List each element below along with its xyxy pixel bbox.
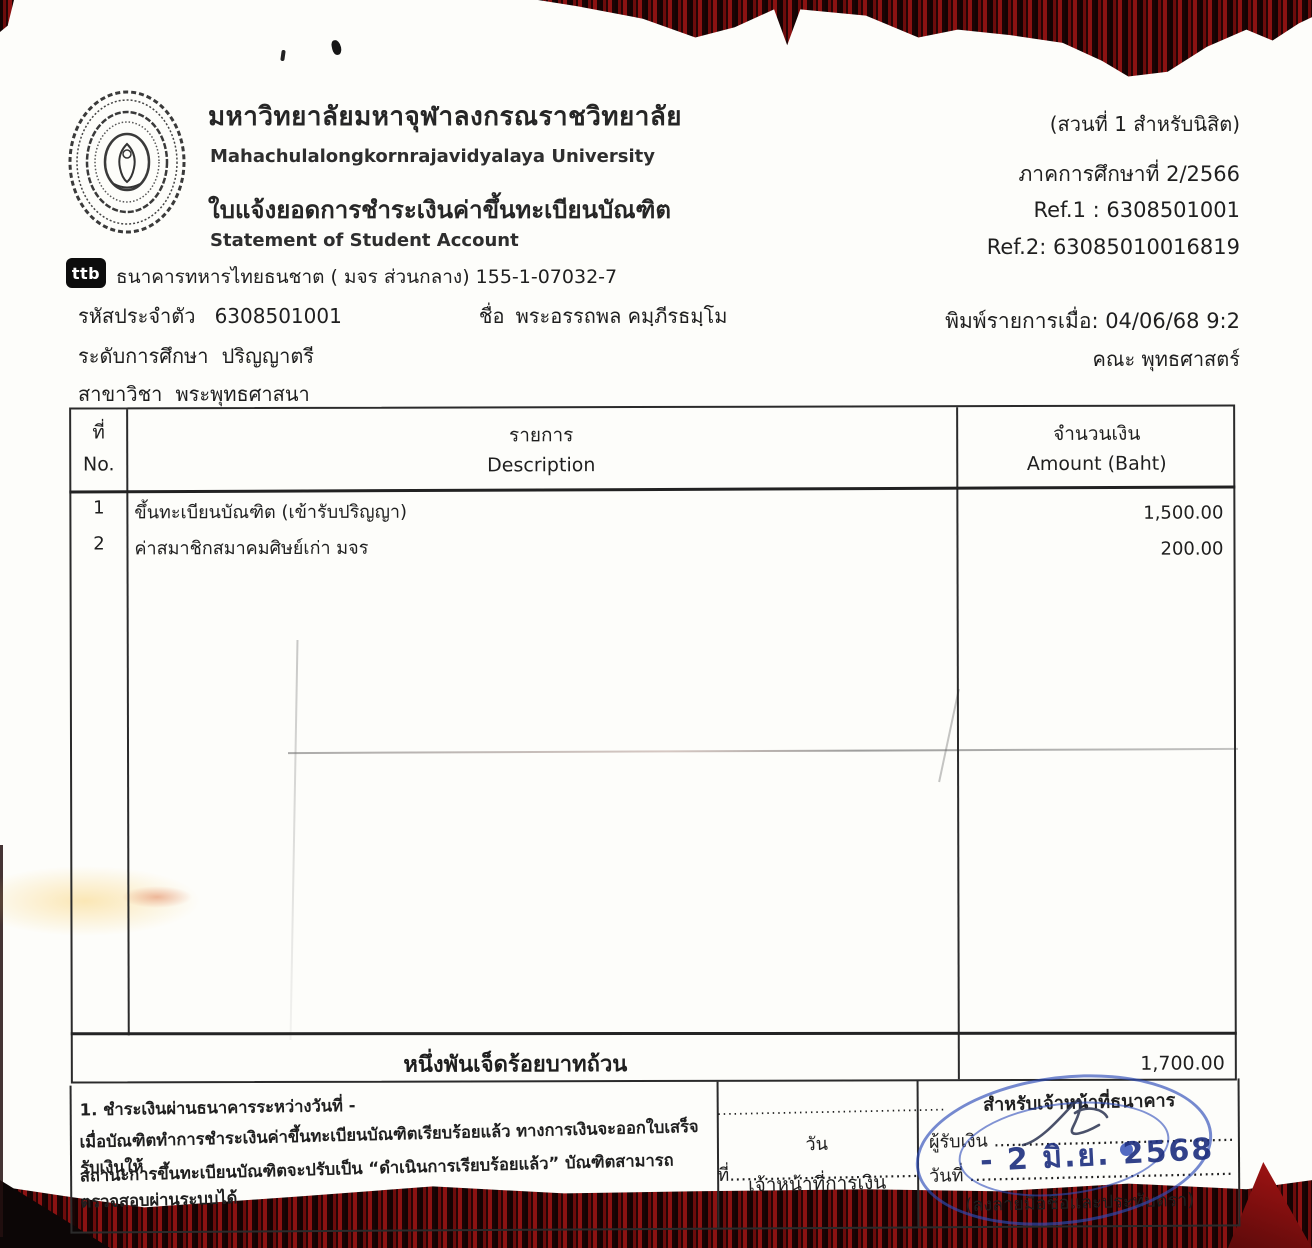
total-amount-value: 1,700.00 [958, 1053, 1225, 1076]
student-level-label: ระดับการศึกษา [78, 344, 208, 368]
row2-no: 2 [71, 533, 126, 554]
student-level-value: ปริญญาตรี [222, 344, 314, 368]
col-header-no-en: No. [71, 453, 126, 475]
row2-description: ค่าสมาชิกสมาคมศิษย์เก่า มจร [134, 533, 368, 563]
table-total-divider [71, 1032, 1237, 1036]
backdrop-fabric-top [0, 0, 1312, 78]
student-name-value: พระอรรถพล คมฺภีรธมฺโม [516, 304, 728, 328]
finance-officer-title: เจ้าหน้าที่การเงิน [717, 1167, 918, 1201]
col-header-amount-en: Amount (Baht) [956, 452, 1237, 475]
student-name-label: ชื่อ [479, 304, 505, 328]
col-header-description-en: Description [126, 453, 956, 477]
row1-amount: 1,500.00 [956, 503, 1223, 525]
col-header-no-th: ที่ [71, 417, 126, 447]
ink-speck [280, 50, 285, 61]
university-seal-icon [66, 88, 188, 236]
student-id-label: รหัสประจำตัว [78, 304, 195, 328]
fee-table: ที่ No. รายการ Description จำนวนเงิน Amo… [69, 404, 1237, 1083]
table-no-column-divider [126, 409, 130, 1035]
bank-account-line: ธนาคารทหารไทยธนชาต ( มจร ส่วนกลาง) 155-1… [116, 262, 617, 292]
ttb-bank-logo-icon: ttb [66, 258, 106, 288]
student-major-row: สาขาวิชา พระพุทธศาสนา [78, 378, 310, 410]
total-amount-in-words: หนึ่งพันเจ็ดร้อยบาทถ้วน [73, 1045, 958, 1082]
ref2-number: Ref.2: 63085010016819 [987, 235, 1240, 259]
semester-label: ภาคการศึกษาที่ 2/2566 [1018, 158, 1240, 191]
student-major-value: พระพุทธศาสนา [175, 382, 309, 406]
col-header-amount-th: จำนวนเงิน [956, 418, 1237, 449]
col-header-description-th: รายการ [126, 419, 956, 451]
student-major-label: สาขาวิชา [78, 382, 162, 406]
finance-officer-signature-line: ........................................… [717, 1099, 917, 1119]
university-name-th: มหาวิทยาลัยมหาจุฬาลงกรณราชวิทยาลัย [208, 96, 682, 137]
student-id-value: 6308501001 [215, 304, 342, 328]
ref1-number: Ref.1 : 6308501001 [1033, 198, 1240, 222]
document-title-th: ใบแจ้งยอดการชำระเงินค่าขึ้นทะเบียนบัณฑิต [208, 190, 671, 229]
row1-description: ขึ้นทะเบียนบัณฑิต (เข้ารับปริญญา) [134, 497, 407, 527]
table-header-divider [69, 485, 1235, 493]
student-id-row: รหัสประจำตัว 6308501001 ชื่อ พระอรรถพล ค… [78, 300, 727, 332]
ink-speck [331, 39, 343, 56]
row1-no: 1 [71, 497, 126, 518]
university-name-en: Mahachulalongkornrajavidyalaya Universit… [210, 146, 655, 167]
row2-amount: 200.00 [956, 539, 1223, 561]
backdrop-fabric-top-left [0, 0, 14, 32]
printed-at-label: พิมพ์รายการเมื่อ: 04/06/68 9:2 [945, 305, 1240, 338]
faculty-label: คณะ พุทธศาสตร์ [1093, 343, 1240, 375]
document-title-en: Statement of Student Account [210, 230, 519, 251]
copy-for-student-label: (สวนที่ 1 สำหรับนิสิต) [1050, 108, 1240, 140]
student-level-row: ระดับการศึกษา ปริญญาตรี [78, 340, 314, 372]
